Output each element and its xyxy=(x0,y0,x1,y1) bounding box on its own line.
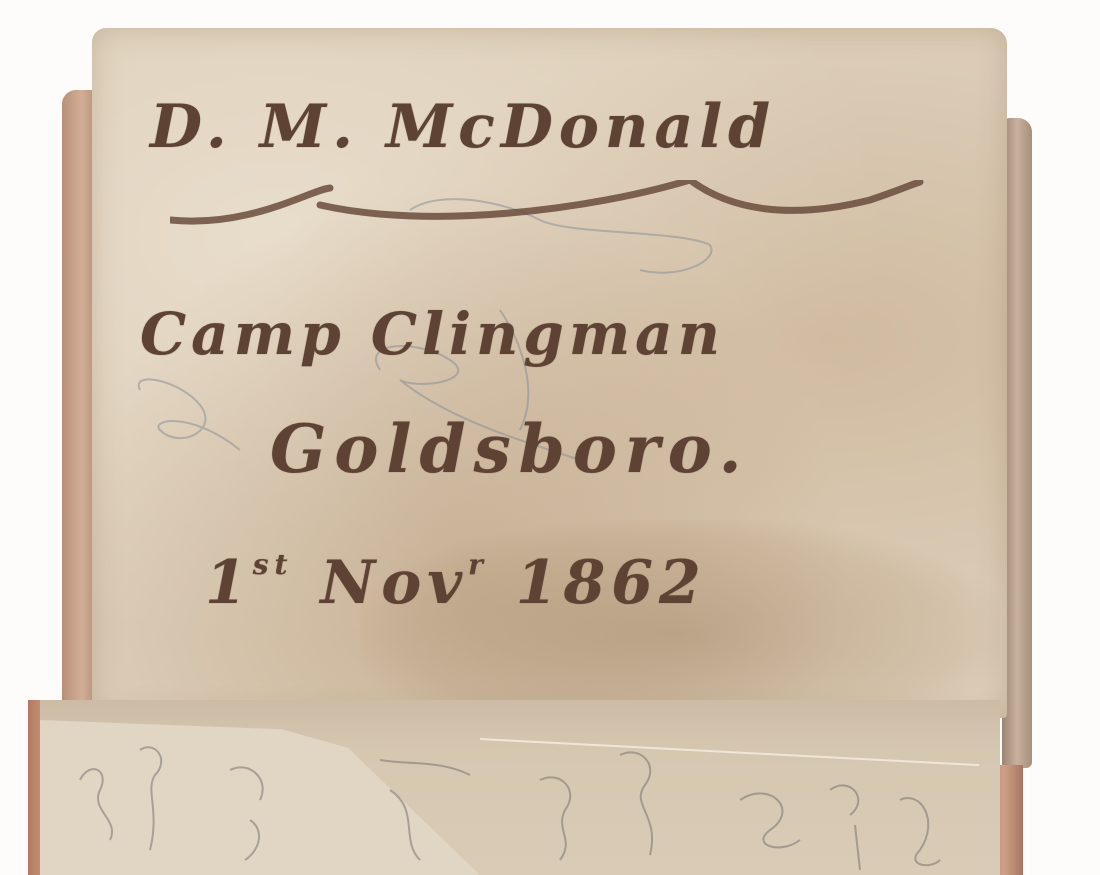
ink-flourish-underline xyxy=(170,180,930,240)
date-month-suffix: r xyxy=(468,548,489,581)
camp-name: Camp Clingman xyxy=(140,300,725,368)
town-name: Goldsboro. xyxy=(270,410,750,488)
owner-name: D. M. McDonald xyxy=(150,92,776,162)
date-line: 1st Novr 1862 xyxy=(205,548,707,618)
date-year: 1862 xyxy=(516,548,707,618)
notebook-photo: D. M. McDonald Camp Clingman Goldsboro. … xyxy=(0,0,1100,875)
date-day-suffix: st xyxy=(253,548,294,581)
date-month: Nov xyxy=(320,548,468,618)
pencil-handwriting-lower xyxy=(60,720,960,875)
date-day: 1 xyxy=(205,548,253,618)
